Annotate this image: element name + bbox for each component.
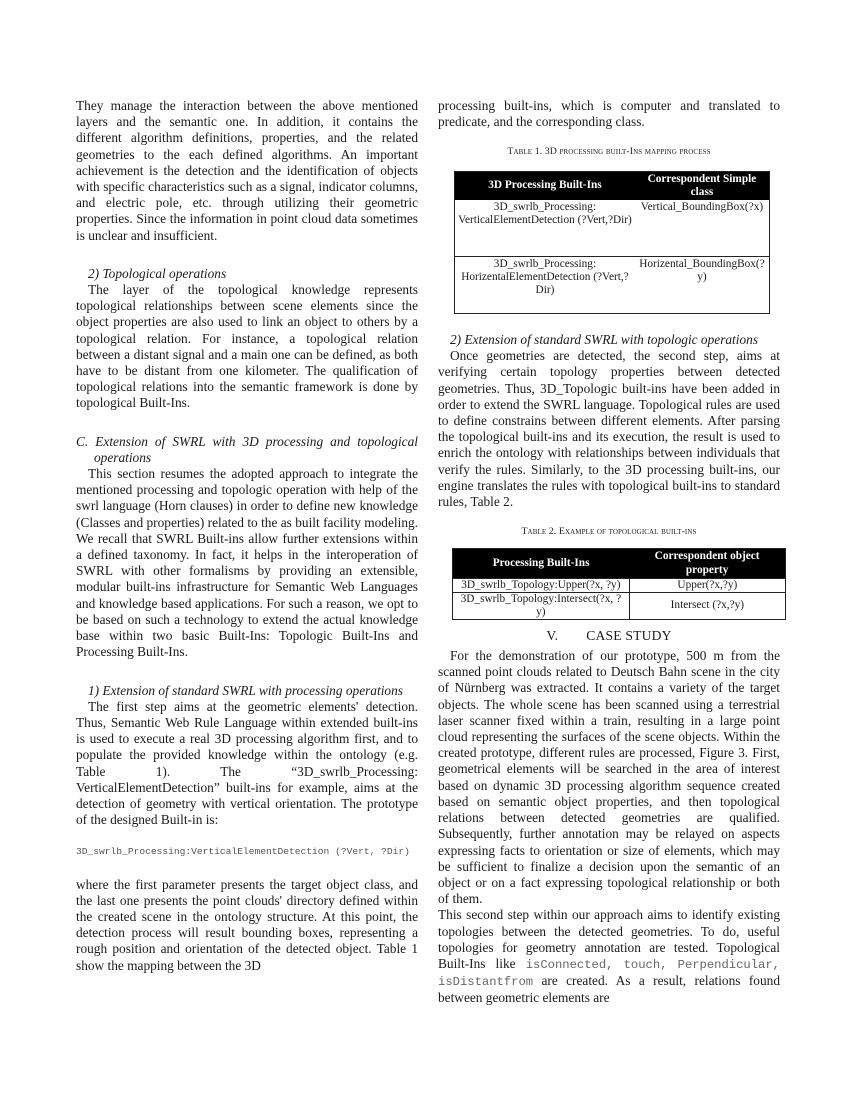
builtin-prototype-code: 3D_swrlb_Processing:VerticalElementDetec… [76,844,418,860]
table2-caption: Table 2. Example of topological built-in… [438,524,780,540]
code-term: isConnected, [526,958,614,972]
table-row: 3D_swrlb_Topology:Intersect(?x, ?y) Inte… [453,592,786,619]
code-term: touch, [624,958,668,972]
table1-cell: 3D_swrlb_Processing: HorizentalElementDe… [455,257,635,314]
left-column: They manage the interaction between the … [76,98,418,974]
table1-cell: Horizental_BoundingBox(?y) [635,257,770,314]
table2: Processing Built-Ins Correspondent objec… [452,548,786,619]
right-column: processing built-ins, which is computer … [438,98,780,1007]
table-row: 3D_swrlb_Topology:Upper(?x, ?y) Upper(?x… [453,578,786,592]
table-row: 3D_swrlb_Processing: VerticalElementDete… [455,200,770,257]
table1-cell: 3D_swrlb_Processing: VerticalElementDete… [455,200,635,257]
section-c-paragraph: This section resumes the adopted approac… [76,466,418,660]
topological-operations-paragraph: The layer of the topological knowledge r… [76,282,418,412]
section-v-title: CASE STUDY [586,628,671,643]
table2-cell: 3D_swrlb_Topology:Intersect(?x, ?y) [453,592,630,619]
topologic-extension-heading: 2) Extension of standard SWRL with topol… [438,332,780,348]
continuation-paragraph: processing built-ins, which is computer … [438,98,780,130]
table2-cell: Upper(?x,?y) [629,578,785,592]
code-term: Perpendicular, [678,958,780,972]
intro-paragraph: They manage the interaction between the … [76,98,418,244]
table-row: 3D_swrlb_Processing: HorizentalElementDe… [455,257,770,314]
section-v-heading: V.CASE STUDY [438,628,780,644]
table2-cell: Intersect (?x,?y) [629,592,785,619]
processing-continuation-paragraph: where the first parameter presents the t… [76,877,418,974]
table2-header-row: Processing Built-Ins Correspondent objec… [453,549,786,578]
table2-header-cell: Processing Built-Ins [453,549,630,578]
table1-header-row: 3D Processing Built-Ins Correspondent Si… [455,171,770,200]
processing-extension-paragraph: The first step aims at the geometric ele… [76,699,418,829]
code-term: isDistantfrom [438,975,533,989]
table2-header-cell: Correspondent object property [629,549,785,578]
section-v-number: V. [546,628,558,643]
table1: 3D Processing Built-Ins Correspondent Si… [454,171,770,314]
case-study-paragraph: For the demonstration of our prototype, … [438,648,780,907]
topological-operations-heading: 2) Topological operations [76,266,418,282]
table1-header-cell: 3D Processing Built-Ins [455,171,635,200]
table1-cell: Vertical_BoundingBox(?x) [635,200,770,257]
table2-cell: 3D_swrlb_Topology:Upper(?x, ?y) [453,578,630,592]
table1-caption: Table 1. 3D processing built-Ins mapping… [438,144,780,160]
table1-header-cell: Correspondent Simple class [635,171,770,200]
topologic-extension-paragraph: Once geometries are detected, the second… [438,348,780,510]
section-c-heading: C. Extension of SWRL with 3D processing … [76,434,418,466]
processing-extension-heading: 1) Extension of standard SWRL with proce… [76,683,418,699]
case-study-paragraph-2: This second step within our approach aim… [438,907,780,1006]
